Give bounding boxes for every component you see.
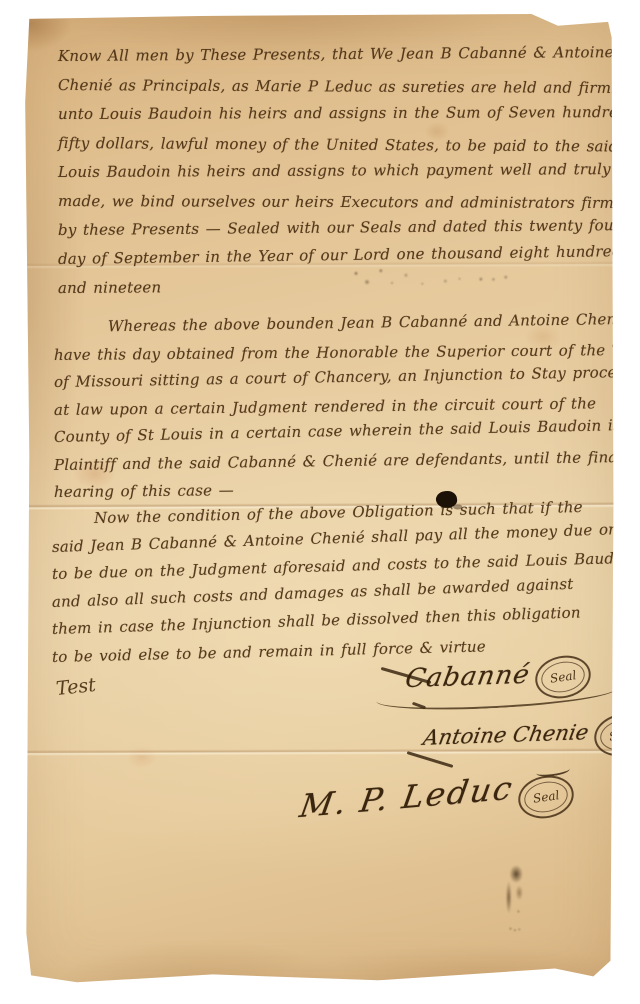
seal-mp-leduc-label: Seal <box>532 788 560 806</box>
paragraph-condition-clause: Now the condition of the above Obligatio… <box>52 506 639 671</box>
signature-mp-leduc: M. P. Leduc Seal <box>302 776 574 818</box>
document-page: Know All men by These Presents, that We … <box>24 14 614 992</box>
handwritten-line: unto Louis Baudoin his heirs and assigns… <box>58 98 640 129</box>
attestation-word: Test <box>55 674 97 700</box>
seal-antoine-chenie: Seal <box>590 709 640 762</box>
faded-ink-stamp <box>341 257 520 299</box>
scanned-document-image: Know All men by These Presents, that We … <box>0 0 640 1004</box>
seal-antoine-chenie-label: Seal <box>608 726 636 744</box>
signature-mp-leduc-name: M. P. Leduc <box>297 769 517 825</box>
handwritten-line: Know All men by These Presents, that We … <box>58 38 640 71</box>
seal-mp-leduc: Seal <box>514 771 578 824</box>
ink-stain <box>492 860 536 938</box>
paragraph-whereas-clause: Whereas the above bounden Jean B Cabanné… <box>54 314 640 507</box>
signature-antoine-chenie-name: Antoine Chenie <box>421 720 590 750</box>
handwritten-line: Louis Baudoin his heirs and assigns to w… <box>58 155 640 187</box>
handwritten-line: Whereas the above bounden Jean B Cabanné… <box>54 305 640 341</box>
signature-antoine-chenie: Antoine Chenie Seal <box>424 714 640 756</box>
